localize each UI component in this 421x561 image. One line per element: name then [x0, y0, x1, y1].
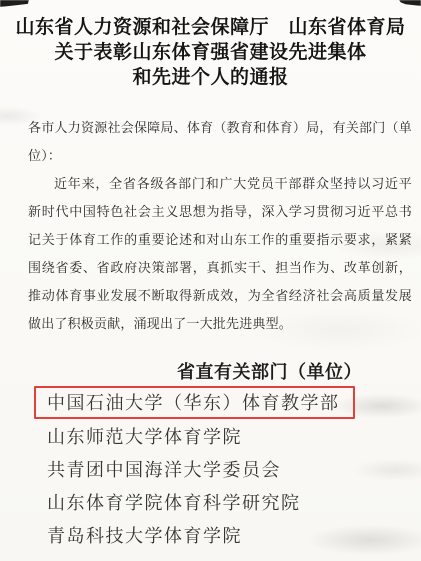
- section-heading: 省直有关部门（单位）: [177, 358, 362, 384]
- paragraph-line-3: 记关于体育工作的重要论述和对山东工作的重要指示要求，紧紧: [28, 226, 412, 254]
- list-item: 山东体育学院体育科学研究院: [34, 485, 355, 518]
- document-title: 山东省人力资源和社会保障厅 山东省体育局 关于表彰山东体育强省建设先进集体 和先…: [0, 15, 421, 90]
- paragraph-line-5: 推动体育事业发展不断取得新成效，为全省经济社会高质量发展: [28, 282, 412, 310]
- paragraph-line-1: 近年来，全省各级各部门和广大党员干部群众坚持以习近平: [28, 170, 412, 198]
- list-item: 中国石油大学（华东）体育教学部: [34, 386, 355, 419]
- list-item: 共青团中国海洋大学委员会: [34, 452, 355, 485]
- unit-name: 共青团中国海洋大学委员会: [34, 456, 281, 482]
- paragraph-line-2: 新时代中国特色社会主义思想为指导，深入学习贯彻习近平总书: [28, 198, 412, 226]
- scan-artifact-top-right: [399, 0, 421, 6]
- list-item: 青岛科技大学体育学院: [34, 518, 355, 551]
- scanned-document: { "page": { "background": "#fbfaf7", "te…: [0, 0, 421, 561]
- red-annotation-box: 中国石油大学（华东）体育教学部: [34, 386, 355, 419]
- scan-artifact-top-left: [0, 0, 29, 7]
- unit-name: 山东师范大学体育学院: [34, 423, 242, 449]
- salutation-line-1: 各市人力资源社会保障局、体育（教育和体育）局，有关部门（单: [28, 114, 412, 142]
- unit-name: 山东体育学院体育科学研究院: [34, 489, 301, 515]
- list-item: 山东师范大学体育学院: [34, 419, 355, 452]
- document-body: 各市人力资源社会保障局、体育（教育和体育）局，有关部门（单 位）： 近年来，全省…: [28, 114, 412, 338]
- title-line-3: 和先进个人的通报: [0, 65, 421, 90]
- title-line-2: 关于表彰山东体育强省建设先进集体: [0, 40, 421, 65]
- title-line-1: 山东省人力资源和社会保障厅 山东省体育局: [0, 15, 421, 40]
- salutation-line-2: 位）：: [28, 142, 412, 170]
- unit-name: 青岛科技大学体育学院: [34, 522, 242, 548]
- unit-name: 中国石油大学（华东）体育教学部: [47, 393, 340, 413]
- paragraph-line-6: 做出了积极贡献，涌现出了一大批先进典型。: [28, 310, 412, 338]
- award-unit-list: 中国石油大学（华东）体育教学部 山东师范大学体育学院 共青团中国海洋大学委员会 …: [34, 386, 355, 551]
- paragraph-line-4: 围绕省委、省政府决策部署，真抓实干、担当作为、改革创新，: [28, 254, 412, 282]
